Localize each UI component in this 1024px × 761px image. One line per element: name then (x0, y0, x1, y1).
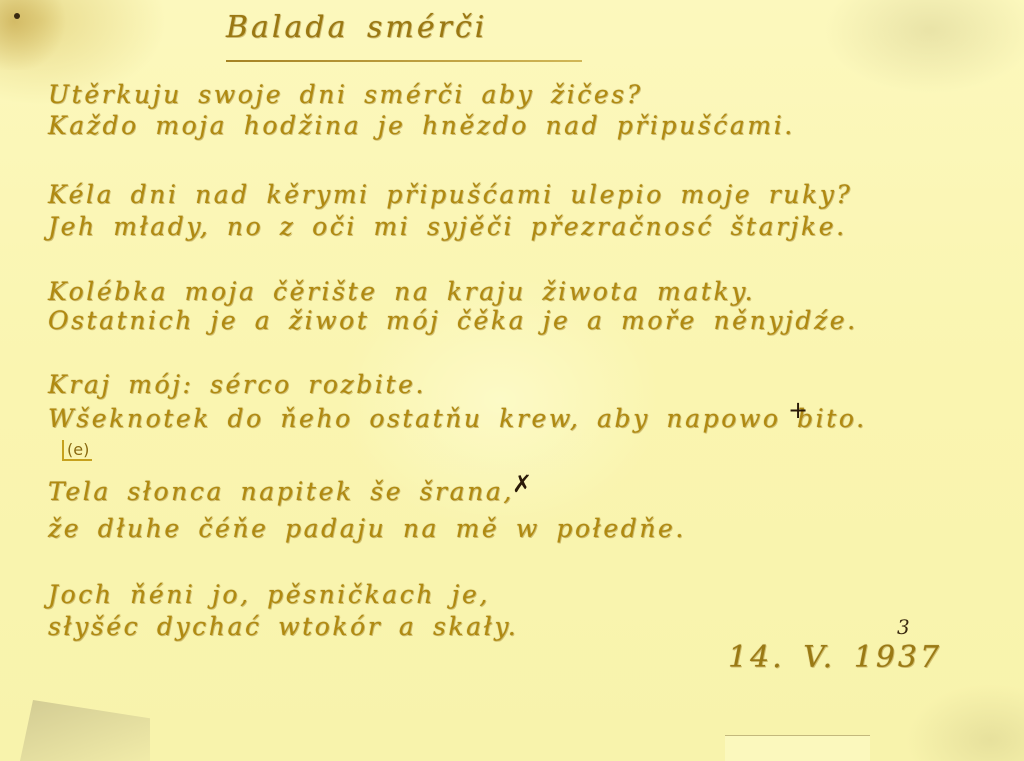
ink-spot (14, 13, 20, 19)
poem-title: Balada smérči (226, 10, 487, 45)
poem-line: Joch ňéni jo, pěsničkach je, (48, 580, 490, 609)
poem-line: že dłuhe čéňe padaju na mě w połedňe. (48, 514, 686, 543)
paper-stain (0, 0, 70, 70)
poem-line: Jeh młady, no z oči mi syjěči přezračnos… (48, 212, 847, 241)
date-correction: 3 (897, 615, 910, 639)
poem-line: słyšéc dychać wtokór a skały. (48, 612, 518, 641)
tape-remnant (725, 735, 870, 761)
poem-line: Wšeknotek do ňeho ostatňu krew, aby napo… (48, 404, 867, 433)
poem-line: Kolébka moja čěrište na kraju žiwota mat… (48, 277, 755, 306)
poem-line: Kraj mój: sérco rozbite. (48, 370, 426, 399)
poem-line: Utěrkuju swoje dni smérči aby žičes? (48, 80, 643, 109)
poem-line: Každo moja hodžina je hnězdo nad připušć… (48, 111, 795, 140)
poem-line: Ostatnich je a žiwot mój čěka je a moře … (48, 306, 858, 335)
correction-mark: + (788, 396, 808, 424)
date: 14. V. 1937 (728, 640, 942, 675)
poem-line: Tela słonca napitek še šrana, (48, 477, 514, 506)
correction-mark: ✗ (512, 470, 532, 498)
poem-line: Kéla dni nad kěrymi připušćami ulepio mo… (48, 180, 852, 209)
title-underline (226, 60, 582, 62)
margin-mark: (e) (62, 440, 92, 461)
